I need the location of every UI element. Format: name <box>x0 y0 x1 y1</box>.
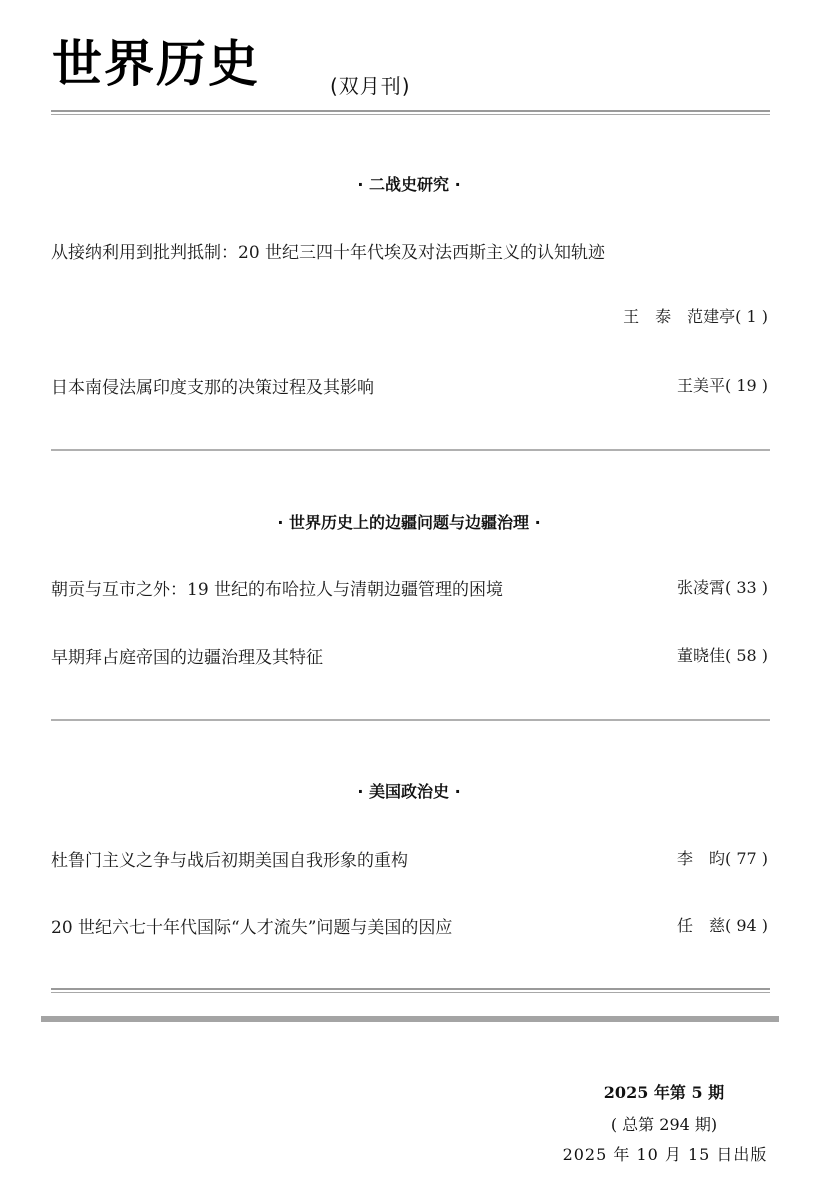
author-name: 王 泰 范建亭 <box>623 307 735 326</box>
page-number: ( 58 ) <box>725 646 768 665</box>
article-author: 王美平( 19 ) <box>677 373 768 396</box>
section-heading: · 世界历史上的边疆问题与边疆治理 · <box>0 510 818 533</box>
article-author: 王 泰 范建亭( 1 ) <box>623 304 768 327</box>
issue-total: ( 总第 294 期) <box>584 1112 744 1135</box>
section-divider <box>51 449 770 451</box>
footer-double-rule <box>51 988 770 993</box>
page-number: ( 33 ) <box>725 578 768 597</box>
article-title[interactable]: 从接纳利用到批判抵制：20 世纪三四十年代埃及对法西斯主义的认知轨迹 <box>51 238 605 263</box>
publication-date: 2025 年 10 月 15 日出版 <box>560 1142 770 1165</box>
issue-number: 2025 年第 5 期 <box>584 1080 744 1103</box>
author-name: 张凌霄 <box>677 578 725 597</box>
article-title[interactable]: 早期拜占庭帝国的边疆治理及其特征 <box>51 643 323 668</box>
author-name: 王美平 <box>677 376 725 395</box>
article-author: 任 慈( 94 ) <box>677 913 768 936</box>
author-name: 任 慈 <box>677 916 725 935</box>
author-name: 李 昀 <box>677 849 725 868</box>
journal-title: 世界历史 <box>52 34 260 94</box>
footer-thick-bar <box>41 1016 779 1022</box>
header-double-rule <box>51 110 770 115</box>
article-title[interactable]: 日本南侵法属印度支那的决策过程及其影响 <box>51 373 374 398</box>
page-number: ( 19 ) <box>725 376 768 395</box>
section-heading: · 二战史研究 · <box>0 172 818 195</box>
page-number: ( 1 ) <box>735 307 768 326</box>
section-divider <box>51 719 770 721</box>
journal-frequency: (双月刊) <box>330 70 411 99</box>
article-author: 李 昀( 77 ) <box>677 846 768 869</box>
section-heading: · 美国政治史 · <box>0 779 818 802</box>
article-title[interactable]: 杜鲁门主义之争与战后初期美国自我形象的重构 <box>51 846 408 871</box>
article-author: 董晓佳( 58 ) <box>677 643 768 666</box>
page-number: ( 94 ) <box>725 916 768 935</box>
article-title[interactable]: 20 世纪六七十年代国际“人才流失”问题与美国的因应 <box>51 913 452 938</box>
article-author: 张凌霄( 33 ) <box>677 575 768 598</box>
author-name: 董晓佳 <box>677 646 725 665</box>
page-number: ( 77 ) <box>725 849 768 868</box>
article-title[interactable]: 朝贡与互市之外：19 世纪的布哈拉人与清朝边疆管理的困境 <box>51 575 503 600</box>
